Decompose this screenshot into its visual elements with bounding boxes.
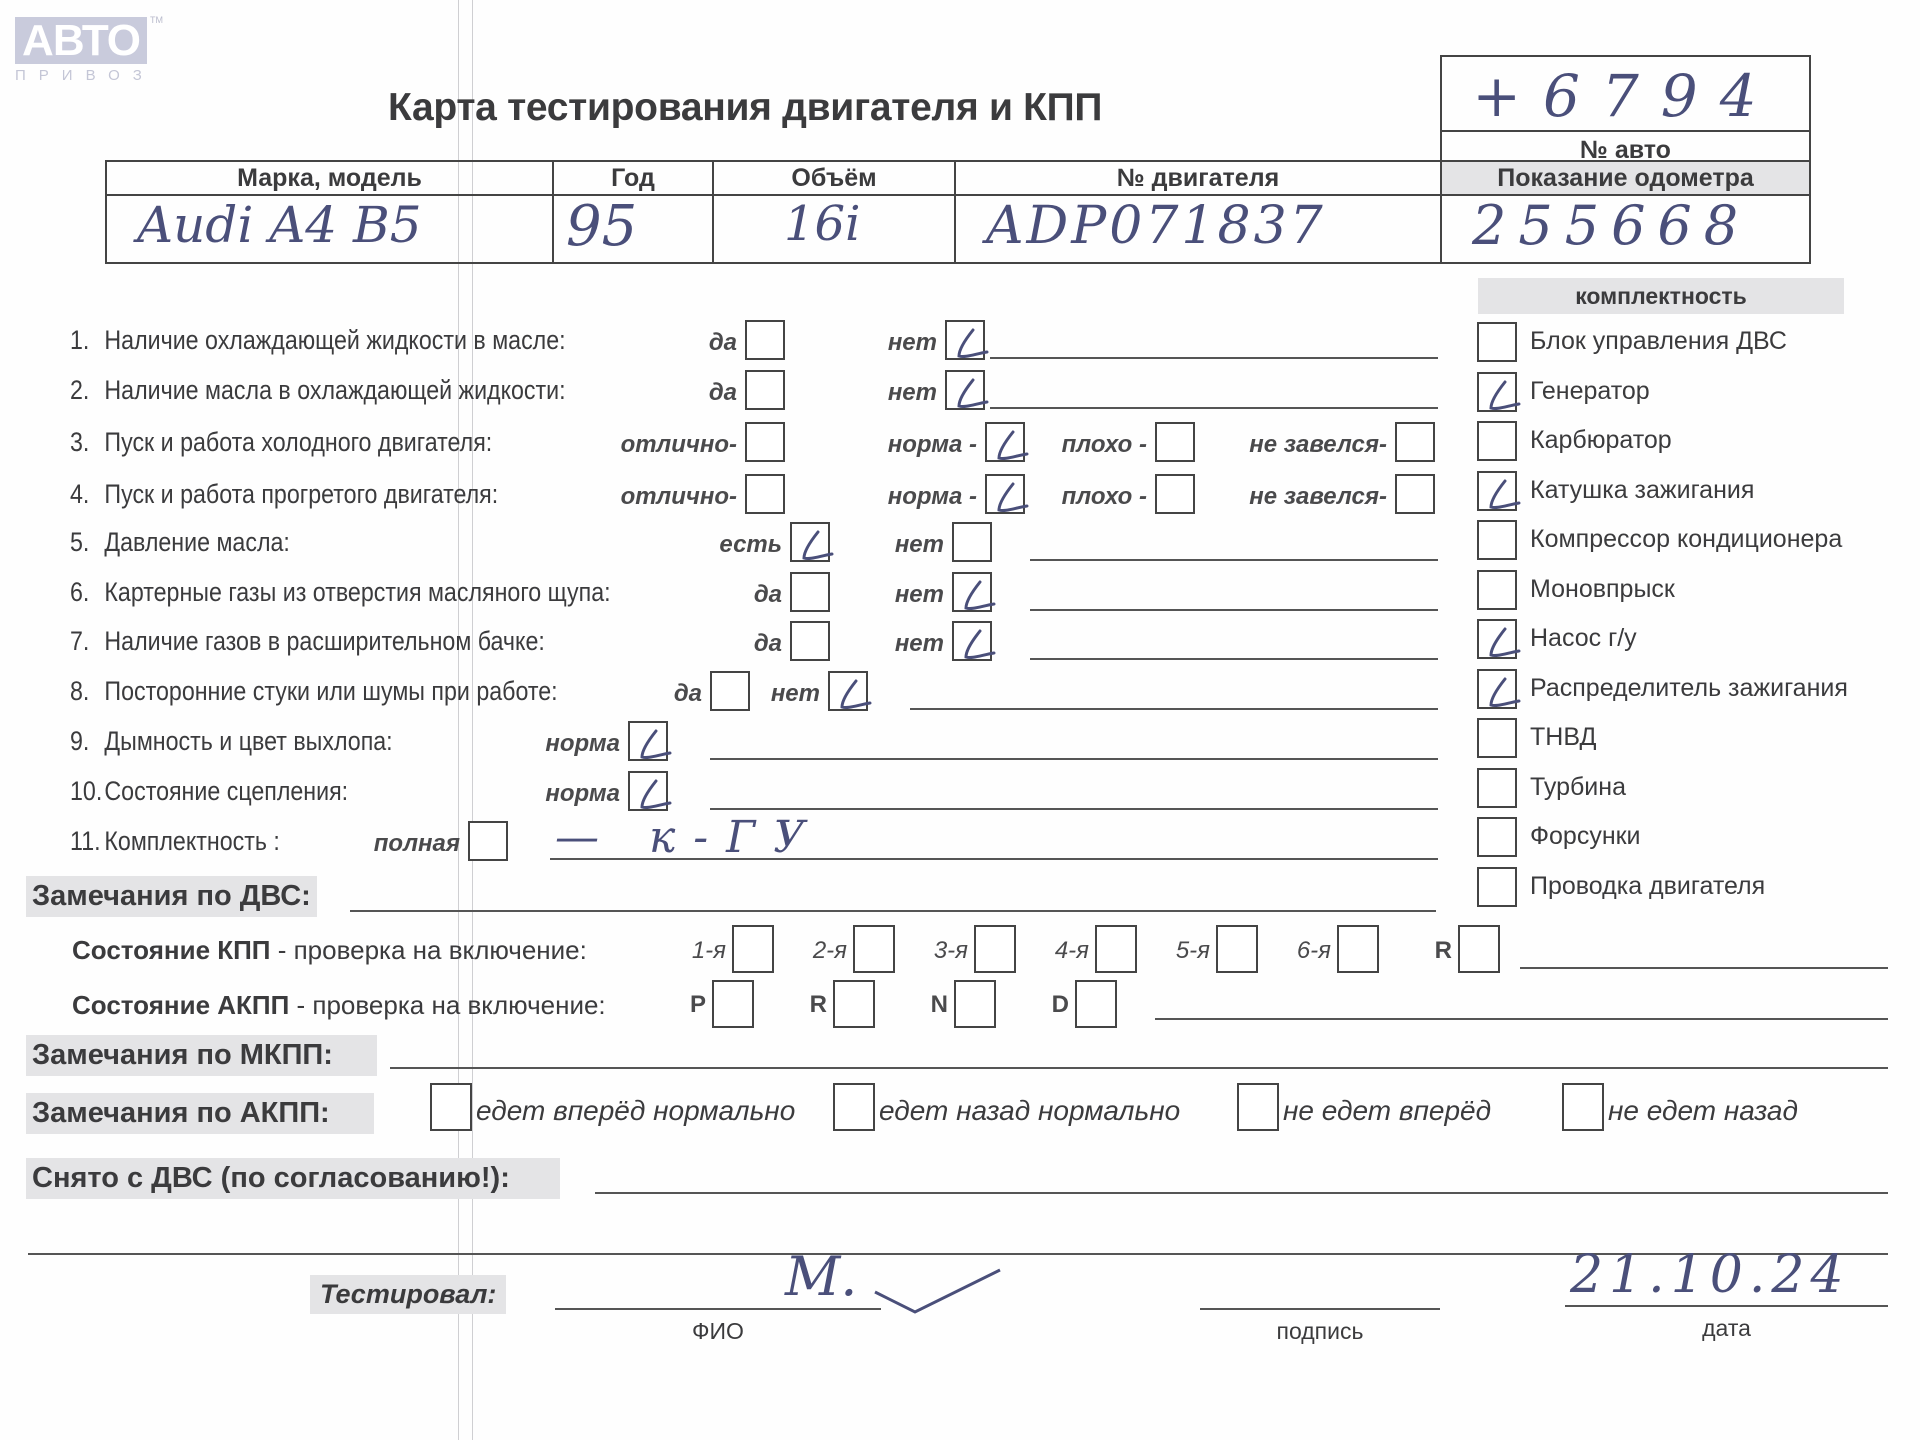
checkmark-icon <box>1483 623 1523 663</box>
column-header: Показание одометра <box>1442 162 1809 194</box>
gear-label: 2-я <box>773 937 847 965</box>
comment-line[interactable] <box>1030 609 1438 611</box>
kpp-remarks-line[interactable] <box>1520 967 1888 969</box>
option-checkbox[interactable] <box>1395 474 1435 514</box>
comment-line[interactable] <box>710 808 1438 810</box>
option-checkbox[interactable] <box>628 771 668 811</box>
fio-caption: ФИО <box>555 1318 881 1345</box>
checklist-item-label: 6.Картерные газы из отверстия масляного … <box>70 577 611 608</box>
option-checkbox[interactable] <box>628 721 668 761</box>
kit-item-label: Форсунки <box>1530 822 1641 851</box>
checkmark-icon <box>834 675 874 715</box>
checklist-item-label: 3.Пуск и работа холодного двигателя: <box>70 427 492 458</box>
option-label: плохо - <box>945 431 1147 459</box>
comment-line[interactable] <box>990 407 1438 409</box>
checklist-item-label: 2.Наличие масла в охлаждающей жидкости: <box>70 375 566 406</box>
option-label: да <box>535 379 737 407</box>
checkmark-icon <box>958 576 998 616</box>
option-label: отлично- <box>535 483 737 511</box>
kit-item-label: Насос г/у <box>1530 624 1637 653</box>
option-label: полная <box>258 830 460 858</box>
mode-label: P <box>668 991 706 1019</box>
akpp-remarks-label: Замечания по АКПП: <box>26 1093 374 1134</box>
mode-checkbox[interactable] <box>1075 980 1117 1028</box>
akpp-option-checkbox[interactable] <box>430 1083 472 1131</box>
logo-subtitle: ПРИВОЗ <box>15 67 150 84</box>
checkmark-icon <box>1483 475 1523 515</box>
kit-title: комплектность <box>1478 278 1844 314</box>
kit-checkbox[interactable] <box>1477 570 1517 610</box>
option-label: не завелся- <box>1185 431 1387 459</box>
kit-checkbox[interactable] <box>1477 619 1517 659</box>
mkpp-remarks-line[interactable] <box>390 1067 1888 1069</box>
checkmark-icon <box>1483 376 1523 416</box>
gear-checkbox[interactable] <box>974 925 1016 973</box>
mode-label: R <box>789 991 827 1019</box>
kit-checkbox[interactable] <box>1477 372 1517 412</box>
page-title: Карта тестирования двигателя и КПП <box>388 86 1102 130</box>
checkmark-icon <box>634 725 674 765</box>
signature-line[interactable] <box>1200 1308 1440 1310</box>
kpp-check-label: Состояние КПП - проверка на включение: <box>72 935 587 966</box>
column-year: Год 95 <box>554 162 714 262</box>
removed-line[interactable] <box>595 1192 1888 1194</box>
kit-item-label: Компрессор кондиционера <box>1530 525 1842 554</box>
gear-checkbox[interactable] <box>853 925 895 973</box>
checklist-item-label: 9.Дымность и цвет выхлопа: <box>70 726 393 757</box>
year-value[interactable]: 95 <box>566 194 637 259</box>
kit-item-label: Распределитель зажигания <box>1530 674 1848 703</box>
option-checkbox[interactable] <box>1395 422 1435 462</box>
checklist-item-label: 8.Посторонние стуки или шумы при работе: <box>70 676 558 707</box>
option-label: нет <box>735 329 937 357</box>
date-caption: дата <box>1565 1315 1888 1342</box>
option-label: да <box>535 329 737 357</box>
mode-label: D <box>1031 991 1069 1019</box>
option-label: нет <box>742 531 944 559</box>
checkmark-icon <box>951 324 991 364</box>
checklist-item-label: 11.Комплектность : <box>70 826 280 857</box>
kit-item-label: Генератор <box>1530 377 1650 406</box>
checkmark-icon <box>1483 673 1523 713</box>
option-checkbox[interactable] <box>468 821 508 861</box>
comment-line[interactable] <box>910 708 1438 710</box>
option-checkbox[interactable] <box>945 320 985 360</box>
gear-checkbox[interactable] <box>1337 925 1379 973</box>
kit-item-label: Турбина <box>1530 773 1626 802</box>
mode-checkbox[interactable] <box>833 980 875 1028</box>
column-header: Объём <box>714 162 954 194</box>
option-label: отлично- <box>535 431 737 459</box>
logo: АВТО <box>15 17 147 64</box>
mode-checkbox[interactable] <box>954 980 996 1028</box>
fio-line[interactable] <box>555 1308 881 1310</box>
gear-checkbox[interactable] <box>732 925 774 973</box>
kit-item-label: Катушка зажигания <box>1530 476 1754 505</box>
date-value[interactable]: 21.10.24 <box>1570 1245 1850 1305</box>
car-number-value[interactable]: +6794 <box>1442 57 1809 130</box>
akpp-check-label: Состояние АКПП - проверка на включение: <box>72 990 606 1021</box>
option-label: норма <box>418 780 620 808</box>
akpp-option-checkbox[interactable] <box>833 1083 875 1131</box>
option-label: нет <box>742 581 944 609</box>
mode-label: N <box>910 991 948 1019</box>
volume-value[interactable]: 16i <box>784 196 860 252</box>
option-label: не завелся- <box>1185 483 1387 511</box>
option-label: норма <box>418 730 620 758</box>
column-make-model: Марка, модель Audi A4 B5 <box>107 162 554 262</box>
kit-item-label: ТНВД <box>1530 723 1596 752</box>
column-header: Марка, модель <box>107 162 552 194</box>
gear-checkbox[interactable] <box>1216 925 1258 973</box>
akpp-option-label: не едет назад <box>1608 1095 1798 1127</box>
vehicle-info-table: Марка, модель Audi A4 B5 Год 95 Объём 16… <box>105 160 1811 264</box>
checklist-item-label: 7.Наличие газов в расширительном бачке: <box>70 626 545 657</box>
akpp-mode-remarks-line[interactable] <box>1155 1018 1888 1020</box>
option-label: нет <box>742 630 944 658</box>
option-label: нет <box>735 379 937 407</box>
checklist-item-label: 5.Давление масла: <box>70 527 290 558</box>
column-engine-number: № двигателя ADP071837 <box>956 162 1442 262</box>
option-checkbox[interactable] <box>945 370 985 410</box>
mkpp-remarks-label: Замечания по МКПП: <box>26 1035 377 1076</box>
kit-checkbox[interactable] <box>1477 669 1517 709</box>
gear-label: 3-я <box>894 937 968 965</box>
akpp-option-label: едет вперёд нормально <box>476 1095 795 1127</box>
kit-item-label: Карбюратор <box>1530 426 1672 455</box>
checklist-item-label: 1.Наличие охлаждающей жидкости в масле: <box>70 325 566 356</box>
make-model-value[interactable]: Audi A4 B5 <box>137 196 422 254</box>
kit-item-label: Проводка двигателя <box>1530 872 1765 901</box>
gear-label: R <box>1378 937 1452 965</box>
gear-checkbox[interactable] <box>1458 925 1500 973</box>
signature-checkmark-icon <box>870 1262 1010 1322</box>
comment-line[interactable] <box>1030 658 1438 660</box>
gear-label: 4-я <box>1015 937 1089 965</box>
kit-checkbox[interactable] <box>1477 867 1517 907</box>
logo-tm: TM <box>150 15 163 25</box>
signature-caption: подпись <box>1200 1318 1440 1345</box>
kit-item-label: Моновпрыск <box>1530 575 1675 604</box>
engine-remarks-line[interactable] <box>350 910 1436 912</box>
kit-item-label: Блок управления ДВС <box>1530 327 1787 356</box>
date-line[interactable] <box>1565 1305 1888 1307</box>
column-header: № двигателя <box>956 162 1440 194</box>
akpp-option-checkbox[interactable] <box>1562 1083 1604 1131</box>
kit-checkbox[interactable] <box>1477 817 1517 857</box>
checklist-item-label: 4.Пуск и работа прогретого двигателя: <box>70 479 498 510</box>
checkmark-icon <box>634 775 674 815</box>
checkmark-icon <box>958 625 998 665</box>
comment-line[interactable] <box>990 357 1438 359</box>
checkmark-icon <box>951 374 991 414</box>
engine-number-value[interactable]: ADP071837 <box>986 196 1326 256</box>
comment-line[interactable] <box>710 758 1438 760</box>
option-label: плохо - <box>945 483 1147 511</box>
comment-line[interactable] <box>1030 559 1438 561</box>
kit-checkbox[interactable] <box>1477 471 1517 511</box>
kit-checkbox[interactable] <box>1477 768 1517 808</box>
kit-checkbox[interactable] <box>1477 322 1517 362</box>
option-label: нет <box>618 680 820 708</box>
akpp-option-label: едет назад нормально <box>879 1095 1180 1127</box>
option-checkbox[interactable] <box>952 572 992 612</box>
kit-checkbox[interactable] <box>1477 718 1517 758</box>
gear-label: 1-я <box>652 937 726 965</box>
engine-remarks-label: Замечания по ДВС: <box>26 876 317 917</box>
removed-label: Снято с ДВС (по согласованию!): <box>26 1158 560 1199</box>
option-checkbox[interactable] <box>952 522 992 562</box>
mode-checkbox[interactable] <box>712 980 754 1028</box>
gear-checkbox[interactable] <box>1095 925 1137 973</box>
gear-label: 6-я <box>1257 937 1331 965</box>
column-volume: Объём 16i <box>714 162 956 262</box>
completeness-note: — к-ГУ <box>555 812 823 863</box>
option-checkbox[interactable] <box>828 671 868 711</box>
akpp-option-checkbox[interactable] <box>1237 1083 1279 1131</box>
kit-checkbox[interactable] <box>1477 520 1517 560</box>
column-odometer: Показание одометра 255668 <box>1442 162 1809 262</box>
akpp-option-label: не едет вперёд <box>1283 1095 1491 1127</box>
option-checkbox[interactable] <box>952 621 992 661</box>
gear-label: 5-я <box>1136 937 1210 965</box>
odometer-value[interactable]: 255668 <box>1472 194 1750 257</box>
checklist-item-label: 10.Состояние сцепления: <box>70 776 348 807</box>
column-header: Год <box>554 162 712 194</box>
fio-value: М. <box>785 1245 857 1308</box>
tested-by-label: Тестировал: <box>310 1275 506 1314</box>
kit-checkbox[interactable] <box>1477 421 1517 461</box>
